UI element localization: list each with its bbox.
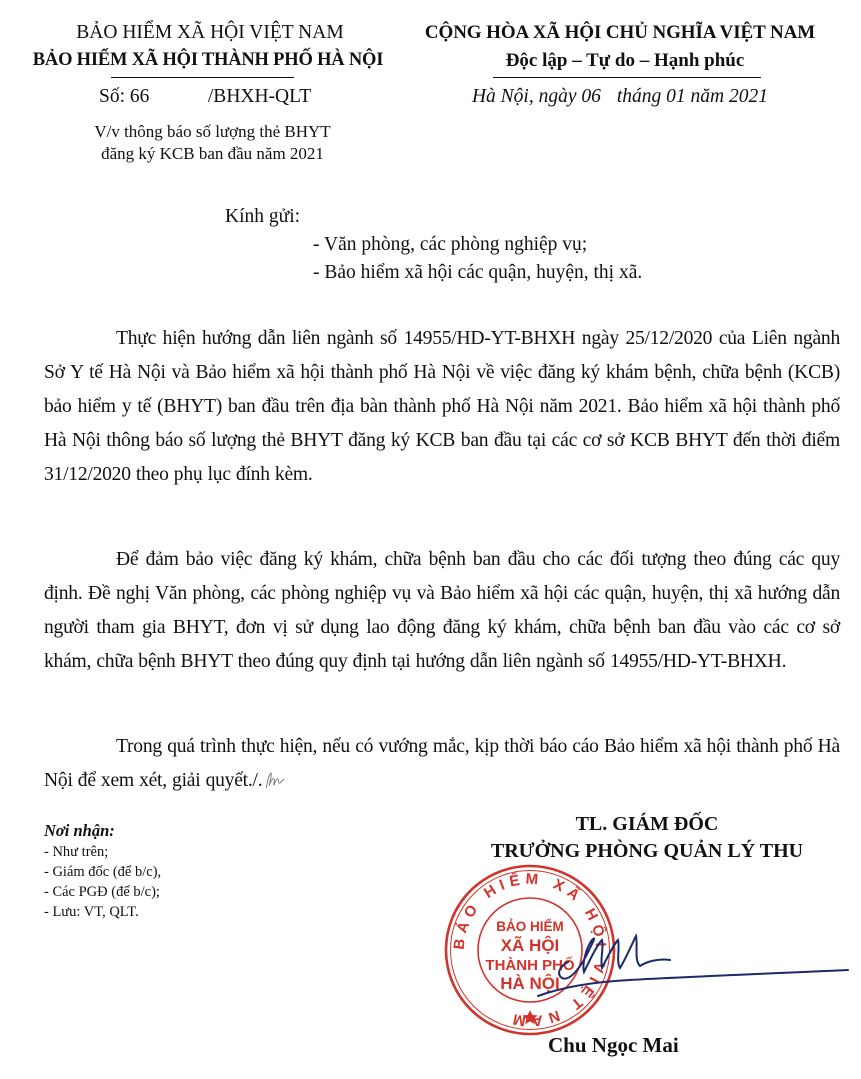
agency-name: BẢO HIỂM XÃ HỘI THÀNH PHỐ HÀ NỘI xyxy=(8,50,408,71)
closing-text: Trong quá trình thực hiện, nếu có vướng … xyxy=(44,736,840,791)
national-motto: Độc lập – Tự do – Hạnh phúc xyxy=(420,50,830,72)
initials-mark-icon xyxy=(264,770,286,790)
distribution-title: Nơi nhận: xyxy=(44,820,161,842)
subject-line: V/v thông báo số lượng thẻ BHYT xyxy=(40,121,385,143)
body-paragraph: Trong quá trình thực hiện, nếu có vướng … xyxy=(44,730,840,798)
doc-number-suffix: /BHXH-QLT xyxy=(208,86,311,107)
signer-name: Chu Ngọc Mai xyxy=(548,1033,679,1058)
distribution-item: - Như trên; xyxy=(44,842,161,862)
agency-underline xyxy=(111,77,294,78)
handwritten-signature-icon xyxy=(530,922,850,1002)
body-paragraph: Để đảm bảo việc đăng ký khám, chữa bệnh … xyxy=(44,543,840,679)
recipient-item: - Bảo hiểm xã hội các quận, huyện, thị x… xyxy=(313,259,642,287)
distribution-item: - Giám đốc (để b/c), xyxy=(44,862,161,882)
place-and-date: Hà Nội, ngày 06tháng 01 năm 2021 xyxy=(420,86,820,108)
distribution-list: Nơi nhận: - Như trên; - Giám đốc (để b/c… xyxy=(44,820,161,922)
recipient-item: - Văn phòng, các phòng nghiệp vụ; xyxy=(313,231,642,259)
date-day: Hà Nội, ngày 06 xyxy=(472,86,601,107)
body-paragraph: Thực hiện hướng dẫn liên ngành số 14955/… xyxy=(44,322,840,492)
document-number: Số: 66/BHXH-QLT xyxy=(99,86,311,108)
doc-number-label: Số: xyxy=(99,86,125,107)
document-subject: V/v thông báo số lượng thẻ BHYT đăng ký … xyxy=(40,121,385,165)
signature-title: TL. GIÁM ĐỐC xyxy=(440,813,854,836)
subject-line: đăng ký KCB ban đầu năm 2021 xyxy=(40,143,385,165)
distribution-item: - Lưu: VT, QLT. xyxy=(44,902,161,922)
agency-parent-name: BẢO HIỂM XÃ HỘI VIỆT NAM xyxy=(20,22,400,44)
doc-number-value: 66 xyxy=(130,86,208,108)
recipients-list: - Văn phòng, các phòng nghiệp vụ; - Bảo … xyxy=(313,231,642,287)
national-title: CỘNG HÒA XÃ HỘI CHỦ NGHĨA VIỆT NAM xyxy=(406,22,834,44)
motto-underline xyxy=(493,77,761,78)
date-month-year: tháng 01 năm 2021 xyxy=(617,86,768,107)
distribution-item: - Các PGĐ (để b/c); xyxy=(44,882,161,902)
recipients-label: Kính gửi: xyxy=(225,206,300,228)
signature-position: TRƯỞNG PHÒNG QUẢN LÝ THU xyxy=(440,840,854,863)
